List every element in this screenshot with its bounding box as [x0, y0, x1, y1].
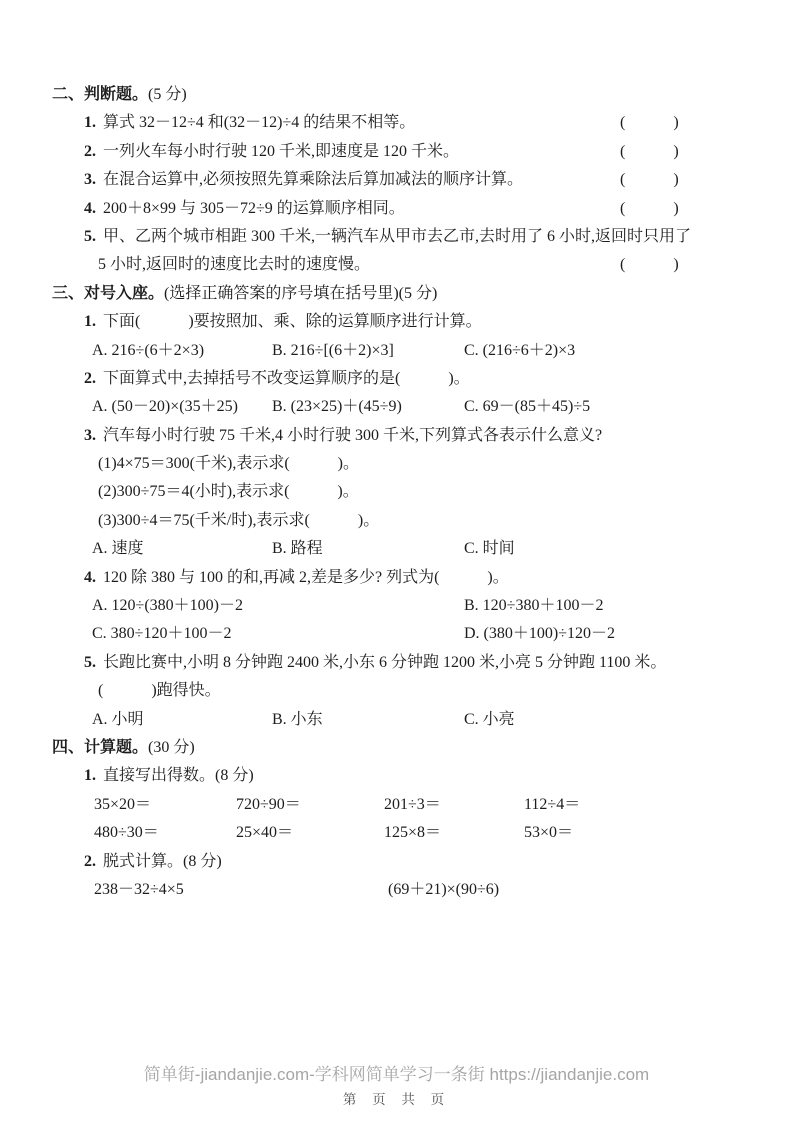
- tf-item-5-answer-bracket: ( ): [620, 251, 679, 279]
- worksheet-content: 二、判断题。(5 分) 1.算式 32－12÷4 和(32－12)÷4 的结果不…: [0, 81, 793, 904]
- calc-expr-1-4: 112÷4＝: [524, 791, 580, 819]
- section-four-heading-row: 四、计算题。(30 分): [0, 734, 793, 762]
- calc-expr-2-4: 53×0＝: [524, 819, 573, 847]
- mc-q2-stem-row: 2.下面算式中,去掉括号不改变运算顺序的是( )。: [0, 365, 793, 393]
- mc-q3-option-a: A. 速度: [92, 535, 144, 563]
- mc-q4-option-b: B. 120÷380＋100－2: [464, 592, 603, 620]
- mc-q5-stem: 5.长跑比赛中,小明 8 分钟跑 2400 米,小东 6 分钟跑 1200 米,…: [84, 649, 666, 677]
- stepwise-exprs-row: 238－32÷4×5 (69＋21)×(90÷6): [0, 876, 793, 904]
- tf-item-2-row: 2.一列火车每小时行驶 120 千米,即速度是 120 千米。 ( ): [0, 138, 793, 166]
- mc-q3-text: 汽车每小时行驶 75 千米,4 小时行驶 300 千米,下列算式各表示什么意义?: [103, 427, 602, 444]
- calc-expr-2-1: 480÷30＝: [94, 819, 159, 847]
- tf-item-5: 5.甲、乙两个城市相距 300 千米,一辆汽车从甲市去乙市,去时用了 6 小时,…: [84, 223, 691, 251]
- mc-q3-sub-1-row: (1)4×75＝300(千米),表示求( )。: [0, 450, 793, 478]
- section-three-heading: 三、对号入座。(选择正确答案的序号填在括号里)(5 分): [52, 280, 437, 308]
- tf-item-2-answer-bracket: ( ): [620, 138, 679, 166]
- tf-item-1-answer-bracket: ( ): [620, 109, 679, 137]
- mc-q3-sub-2-row: (2)300÷75＝4(小时),表示求( )。: [0, 478, 793, 506]
- calc-sub2-heading: 2.脱式计算。(8 分): [84, 848, 222, 876]
- mc-q1-num: 1.: [84, 313, 96, 330]
- mc-q1-stem-row: 1.下面( )要按照加、乘、除的运算顺序进行计算。: [0, 308, 793, 336]
- tf-item-5-row-2: 5 小时,返回时的速度比去时的速度慢。 ( ): [0, 251, 793, 279]
- calc-expr-1-2: 720÷90＝: [236, 791, 301, 819]
- tf-item-3-num: 3.: [84, 171, 96, 188]
- mc-q2-options-row: A. (50－20)×(35＋25) B. (23×25)＋(45÷9) C. …: [0, 393, 793, 421]
- mc-q5-option-b: B. 小东: [272, 706, 323, 734]
- stepwise-expr-1: 238－32÷4×5: [94, 876, 184, 904]
- mc-q2-text: 下面算式中,去掉括号不改变运算顺序的是( )。: [103, 370, 470, 387]
- mc-q3-sub-3-row: (3)300÷4＝75(千米/时),表示求( )。: [0, 507, 793, 535]
- section-three-heading-row: 三、对号入座。(选择正确答案的序号填在括号里)(5 分): [0, 280, 793, 308]
- mc-q5-stem-row: 5.长跑比赛中,小明 8 分钟跑 2400 米,小东 6 分钟跑 1200 米,…: [0, 649, 793, 677]
- section-four-title: 四、计算题。: [52, 739, 148, 756]
- mc-q4-options-row-2: C. 380÷120＋100－2 D. (380＋100)÷120－2: [0, 620, 793, 648]
- mc-q3-sub-1: (1)4×75＝300(千米),表示求( )。: [98, 450, 359, 478]
- tf-item-4: 4.200＋8×99 与 305－72÷9 的运算顺序相同。: [84, 195, 405, 223]
- mc-q2-stem: 2.下面算式中,去掉括号不改变运算顺序的是( )。: [84, 365, 470, 393]
- mc-q5-options-row: A. 小明 B. 小东 C. 小亮: [0, 706, 793, 734]
- mc-q3-stem-row: 3.汽车每小时行驶 75 千米,4 小时行驶 300 千米,下列算式各表示什么意…: [0, 422, 793, 450]
- section-three-note: (选择正确答案的序号填在括号里)(5 分): [164, 285, 437, 302]
- mc-q5-text-line1: 长跑比赛中,小明 8 分钟跑 2400 米,小东 6 分钟跑 1200 米,小亮…: [103, 654, 666, 671]
- tf-item-4-text: 200＋8×99 与 305－72÷9 的运算顺序相同。: [103, 200, 405, 217]
- mc-q4-option-d: D. (380＋100)÷120－2: [464, 620, 615, 648]
- mc-q1-option-a: A. 216÷(6＋2×3): [92, 337, 204, 365]
- section-four-score: (30 分): [148, 739, 195, 756]
- stepwise-expr-2: (69＋21)×(90÷6): [388, 876, 499, 904]
- tf-item-5-row-1: 5.甲、乙两个城市相距 300 千米,一辆汽车从甲市去乙市,去时用了 6 小时,…: [0, 223, 793, 251]
- mc-q3-options-row: A. 速度 B. 路程 C. 时间: [0, 535, 793, 563]
- section-two-score: (5 分): [148, 86, 187, 103]
- calc-sub1-heading-row: 1.直接写出得数。(8 分): [0, 762, 793, 790]
- mc-q3-stem: 3.汽车每小时行驶 75 千米,4 小时行驶 300 千米,下列算式各表示什么意…: [84, 422, 602, 450]
- tf-item-1-text: 算式 32－12÷4 和(32－12)÷4 的结果不相等。: [103, 114, 415, 131]
- tf-item-4-answer-bracket: ( ): [620, 195, 679, 223]
- mc-q4-stem: 4.120 除 380 与 100 的和,再减 2,差是多少? 列式为( )。: [84, 564, 509, 592]
- mc-q2-num: 2.: [84, 370, 96, 387]
- calc-sub2-num: 2.: [84, 853, 96, 870]
- calc-sub1-num: 1.: [84, 767, 96, 784]
- mc-q1-option-c: C. (216÷6＋2)×3: [464, 337, 575, 365]
- section-two-heading-row: 二、判断题。(5 分): [0, 81, 793, 109]
- tf-item-1-row: 1.算式 32－12÷4 和(32－12)÷4 的结果不相等。 ( ): [0, 109, 793, 137]
- tf-item-2-num: 2.: [84, 143, 96, 160]
- calc-row-2: 480÷30＝ 25×40＝ 125×8＝ 53×0＝: [0, 819, 793, 847]
- section-three-title: 三、对号入座。: [52, 285, 164, 302]
- mc-q1-option-b: B. 216÷[(6＋2)×3]: [272, 337, 394, 365]
- mc-q3-num: 3.: [84, 427, 96, 444]
- tf-item-3-row: 3.在混合运算中,必须按照先算乘除法后算加减法的顺序计算。 ( ): [0, 166, 793, 194]
- mc-q4-option-a: A. 120÷(380＋100)－2: [92, 592, 243, 620]
- mc-q3-sub-3: (3)300÷4＝75(千米/时),表示求( )。: [98, 507, 379, 535]
- calc-expr-1-1: 35×20＝: [94, 791, 151, 819]
- calc-sub2-heading-row: 2.脱式计算。(8 分): [0, 848, 793, 876]
- tf-item-3: 3.在混合运算中,必须按照先算乘除法后算加减法的顺序计算。: [84, 166, 523, 194]
- calc-expr-2-2: 25×40＝: [236, 819, 293, 847]
- mc-q5-option-c: C. 小亮: [464, 706, 515, 734]
- mc-q2-option-c: C. 69－(85＋45)÷5: [464, 393, 590, 421]
- mc-q4-options-row-1: A. 120÷(380＋100)－2 B. 120÷380＋100－2: [0, 592, 793, 620]
- calc-sub1-title: 直接写出得数。(8 分): [103, 767, 254, 784]
- footer-site-line: 简单街-jiandanjie.com-学科网简单学习一条街 https://ji…: [0, 1060, 793, 1085]
- calc-expr-1-3: 201÷3＝: [384, 791, 441, 819]
- calc-expr-2-3: 125×8＝: [384, 819, 441, 847]
- tf-item-1: 1.算式 32－12÷4 和(32－12)÷4 的结果不相等。: [84, 109, 415, 137]
- tf-item-4-row: 4.200＋8×99 与 305－72÷9 的运算顺序相同。 ( ): [0, 195, 793, 223]
- mc-q4-text: 120 除 380 与 100 的和,再减 2,差是多少? 列式为( )。: [103, 569, 509, 586]
- section-four-heading: 四、计算题。(30 分): [52, 734, 195, 762]
- mc-q2-option-a: A. (50－20)×(35＋25): [92, 393, 238, 421]
- mc-q5-option-a: A. 小明: [92, 706, 144, 734]
- tf-item-5-text-line2: 5 小时,返回时的速度比去时的速度慢。: [98, 251, 370, 279]
- worksheet-page: 二、判断题。(5 分) 1.算式 32－12÷4 和(32－12)÷4 的结果不…: [0, 0, 793, 1122]
- calc-sub2-title: 脱式计算。(8 分): [103, 853, 222, 870]
- mc-q5-stem-row-2: ( )跑得快。: [0, 677, 793, 705]
- mc-q3-option-b: B. 路程: [272, 535, 323, 563]
- tf-item-4-num: 4.: [84, 200, 96, 217]
- mc-q5-num: 5.: [84, 654, 96, 671]
- mc-q1-text: 下面( )要按照加、乘、除的运算顺序进行计算。: [103, 313, 482, 330]
- mc-q3-sub-2: (2)300÷75＝4(小时),表示求( )。: [98, 478, 359, 506]
- tf-item-2: 2.一列火车每小时行驶 120 千米,即速度是 120 千米。: [84, 138, 459, 166]
- mc-q1-stem: 1.下面( )要按照加、乘、除的运算顺序进行计算。: [84, 308, 482, 336]
- mc-q4-num: 4.: [84, 569, 96, 586]
- section-two-title: 二、判断题。: [52, 86, 148, 103]
- footer-page-line: 第 页 共 页: [0, 1088, 793, 1108]
- tf-item-5-num: 5.: [84, 228, 96, 245]
- tf-item-5-text-line1: 甲、乙两个城市相距 300 千米,一辆汽车从甲市去乙市,去时用了 6 小时,返回…: [103, 228, 691, 245]
- mc-q1-options-row: A. 216÷(6＋2×3) B. 216÷[(6＋2)×3] C. (216÷…: [0, 337, 793, 365]
- mc-q4-option-c: C. 380÷120＋100－2: [92, 620, 231, 648]
- tf-item-2-text: 一列火车每小时行驶 120 千米,即速度是 120 千米。: [103, 143, 459, 160]
- mc-q2-option-b: B. (23×25)＋(45÷9): [272, 393, 402, 421]
- mc-q5-text-line2: ( )跑得快。: [98, 677, 221, 705]
- calc-sub1-heading: 1.直接写出得数。(8 分): [84, 762, 254, 790]
- calc-row-1: 35×20＝ 720÷90＝ 201÷3＝ 112÷4＝: [0, 791, 793, 819]
- mc-q4-stem-row: 4.120 除 380 与 100 的和,再减 2,差是多少? 列式为( )。: [0, 564, 793, 592]
- tf-item-3-answer-bracket: ( ): [620, 166, 679, 194]
- tf-item-1-num: 1.: [84, 114, 96, 131]
- section-two-heading: 二、判断题。(5 分): [52, 81, 187, 109]
- mc-q3-option-c: C. 时间: [464, 535, 515, 563]
- tf-item-3-text: 在混合运算中,必须按照先算乘除法后算加减法的顺序计算。: [103, 171, 523, 188]
